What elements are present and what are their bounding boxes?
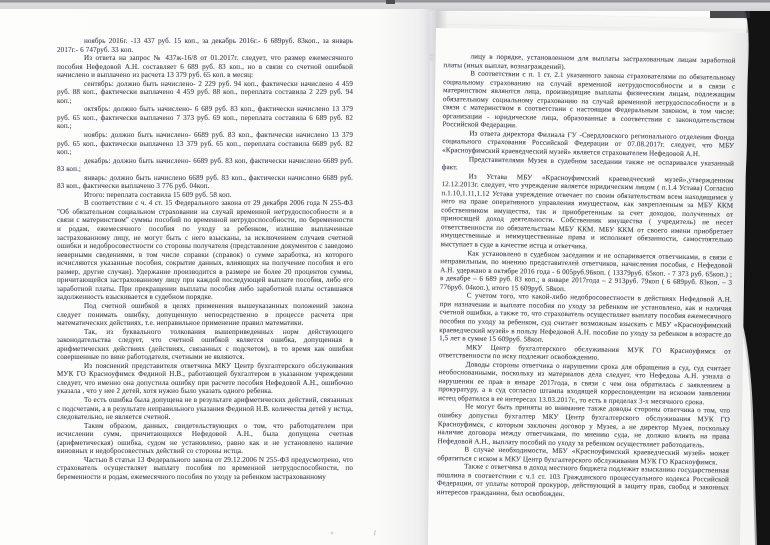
paragraph: В соответствии с ч. 4 ст. 15 Федеральног… (57, 199, 353, 302)
paragraph: Доводы стороны ответчика о нарушении сро… (438, 360, 731, 407)
paragraph: октябрь: должно быть начислено- 6 689 ру… (57, 105, 353, 131)
paragraph: Таким образом, данных, свидетельствующих… (57, 422, 353, 456)
paragraph: Из ответа на запрос № 437ж-16/8 от 01.20… (57, 54, 353, 80)
paragraph: Частью 8 статьи 13 Федерального закона о… (57, 456, 353, 482)
paragraph: Как установлено в судебном заседании и н… (440, 249, 733, 296)
paragraph: Из Устава МБУ «Красноуфимский краеведчес… (441, 172, 734, 253)
paragraph: С учетом того, что какой-либо недобросов… (439, 291, 732, 347)
paragraph: Из ответа директора Филиала ГУ -Свердлов… (442, 129, 734, 159)
paragraph: декабрь: должно быть начислено- 6689 руб… (57, 157, 353, 174)
paragraph: январь: должно быть начислено 6689 руб. … (57, 174, 353, 191)
paragraph: Под счетной ошибкой в целях применения в… (57, 302, 353, 328)
paragraph: Итого: переплата составила 15 609 руб. 5… (57, 191, 353, 200)
right-page: лицу в порядке, установленном для выплат… (428, 28, 748, 545)
paragraph: В соответствии с п. 1 ст. 2.1 указанного… (442, 69, 735, 133)
page-number-mark: 1 (372, 529, 377, 537)
scanned-document: ноябрь 2016г. -13 437 руб. 15 коп., за д… (0, 0, 770, 545)
scan-smudge (330, 531, 334, 535)
left-page: ноябрь 2016г. -13 437 руб. 15 коп., за д… (0, 9, 430, 545)
paragraph: Из пояснений представителя ответчика МКУ… (57, 362, 353, 396)
paragraph: Так, из буквального толкования вышеприве… (57, 328, 353, 362)
right-page-text: лицу в порядке, установленном для выплат… (437, 52, 736, 501)
paragraph: То есть ошибка была допущена не в резуль… (57, 396, 353, 422)
left-page-text: ноябрь 2016г. -13 437 руб. 15 коп., за д… (57, 37, 353, 481)
paragraph: Также с ответчика в доход местного бюдже… (437, 462, 730, 501)
paragraph: ноябрь 2016г. -13 437 руб. 15 коп., за д… (57, 37, 353, 54)
paragraph: ноябрь: должно быть начислено- 6689 руб.… (57, 131, 353, 157)
scanner-lid-notch (386, 0, 395, 4)
paragraph: Не могут быть приняты во внимание также … (437, 403, 730, 450)
paragraph: сентябрь: должно быть начислено- 2 229 р… (57, 80, 353, 106)
